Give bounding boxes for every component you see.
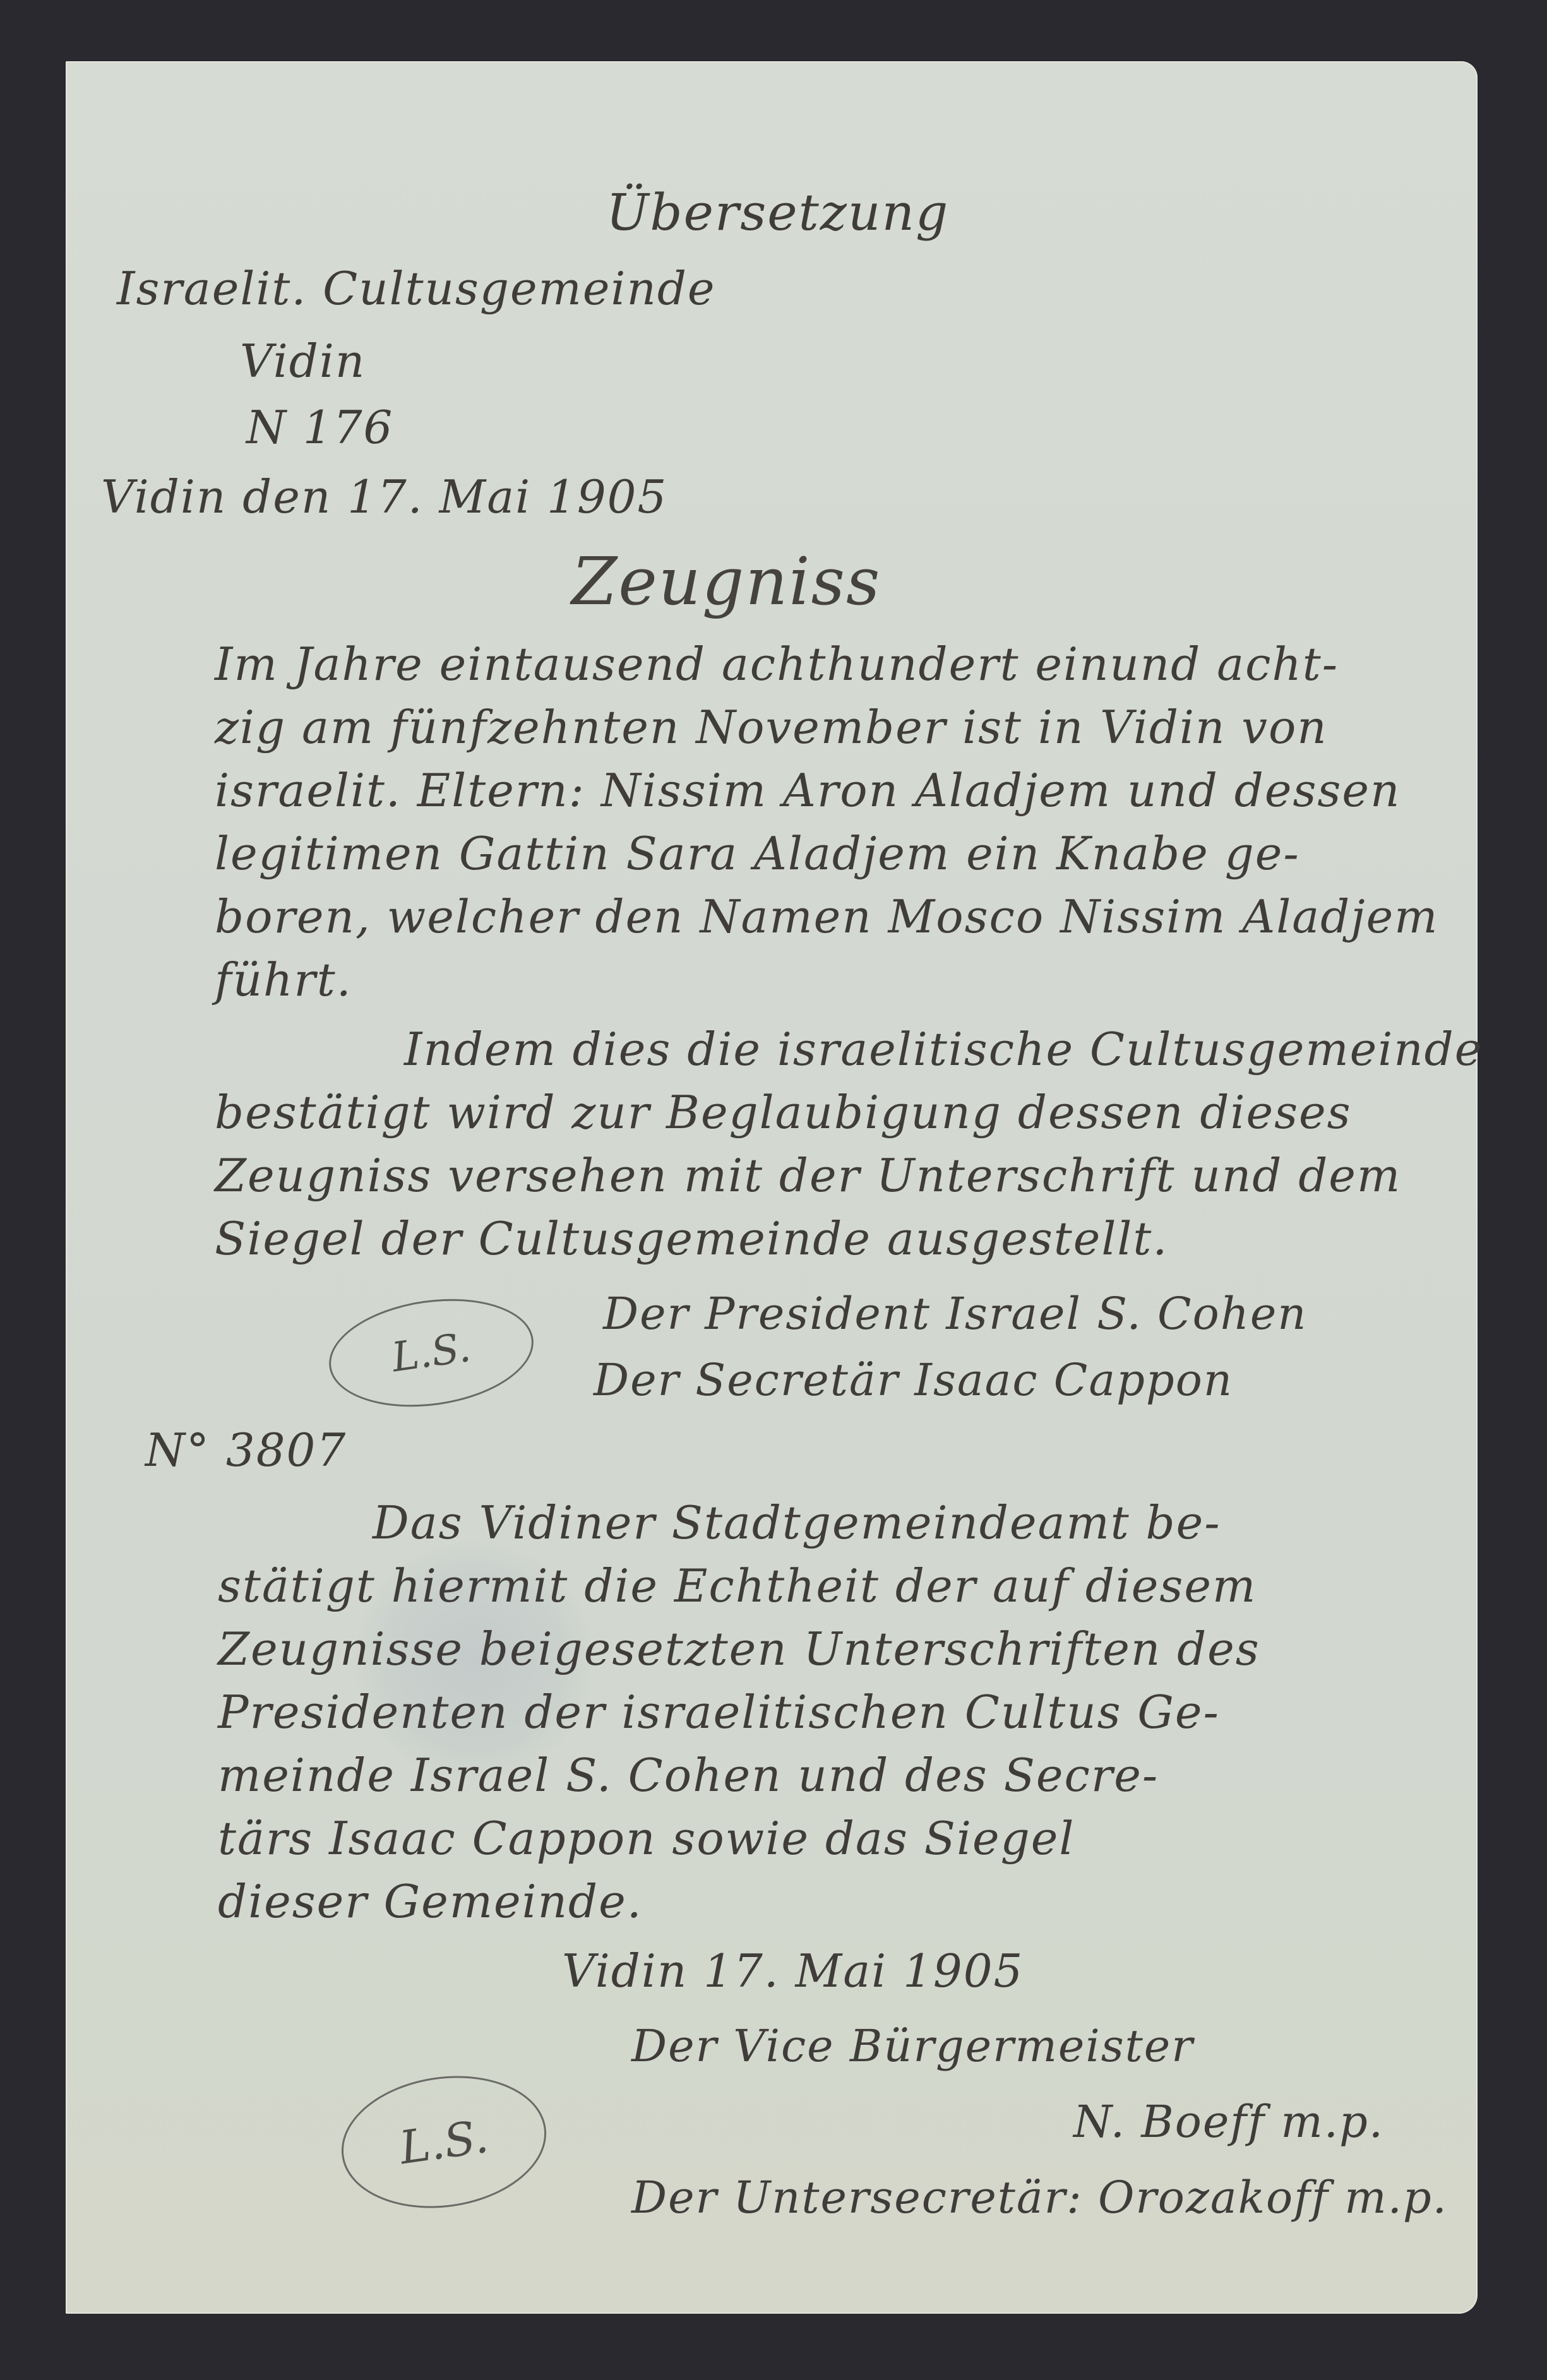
place-date: Vidin den 17. Mai 1905 [101,470,667,523]
paragraph3-line: dieser Gemeinde. [218,1875,643,1928]
paragraph1-line: boren, welcher den Namen Mosco Nissim Al… [215,890,1438,943]
document-title: Zeugniss [571,543,881,620]
paragraph3-line: Presidenten der israelitischen Cultus Ge… [218,1686,1220,1739]
paragraph1-line: zig am fünfzehnten November ist in Vidin… [215,701,1328,754]
paragraph3-line: Zeugnisse beigesetzten Unterschriften de… [218,1622,1260,1675]
paragraph2-line: Zeugniss versehen mit der Unterschrift u… [215,1149,1401,1202]
paragraph1-line: führt. [215,953,352,1006]
undersecretary-signature: Der Untersecretär: Orozakoff m.p. [631,2172,1448,2223]
paragraph2-line: bestätigt wird zur Beglaubigung dessen d… [215,1086,1352,1139]
paragraph1-line: israelit. Eltern: Nissim Aron Aladjem un… [215,764,1401,817]
issuer-city: Vidin [240,335,366,388]
issuer-name: Israelit. Cultusgemeinde [117,262,716,315]
paragraph3-line: meinde Israel S. Cohen und des Secre- [218,1749,1159,1802]
paragraph3-line: Das Vidiner Stadtgemeindeamt be- [373,1496,1221,1549]
paragraph1-line: Im Jahre eintausend achthundert einund a… [215,638,1339,691]
seal-label: L.S. [397,2110,492,2175]
paragraph1-line: legitimen Gattin Sara Aladjem ein Knabe … [215,827,1300,880]
municipal-date: Vidin 17. Mai 1905 [562,1944,1024,1997]
vice-mayor-title: Der Vice Bürgermeister [631,2020,1194,2072]
paragraph2-line: Indem dies die israelitische Cultusgemei… [404,1023,1483,1076]
document-number: N 176 [246,401,393,454]
president-signature: Der President Israel S. Cohen [603,1288,1307,1340]
secretary-signature: Der Secretär Isaac Cappon [594,1354,1233,1406]
paragraph2-line: Siegel der Cultusgemeinde ausgestellt. [215,1212,1168,1265]
municipal-number: N° 3807 [145,1424,347,1477]
translation-heading: Übersetzung [606,183,949,242]
seal-label: L.S. [389,1324,474,1382]
vice-mayor-signature: N. Boeff m.p. [1073,2096,1384,2148]
paragraph3-line: stätigt hiermit die Echtheit der auf die… [218,1559,1257,1612]
paragraph3-line: tärs Isaac Cappon sowie das Siegel [218,1812,1075,1865]
